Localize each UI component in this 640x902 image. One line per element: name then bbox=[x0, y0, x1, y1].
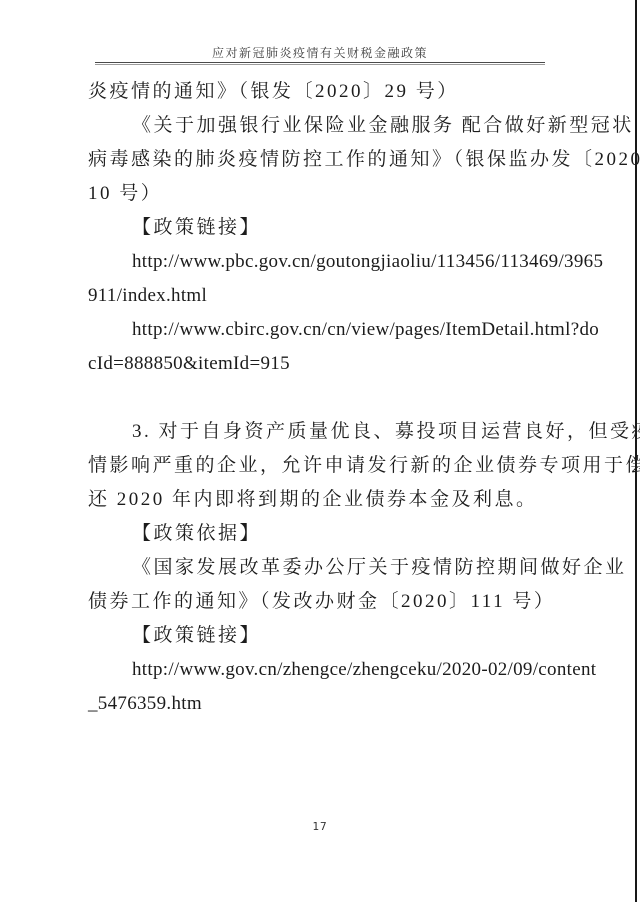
header-title: 应对新冠肺炎疫情有关财税金融政策 bbox=[0, 44, 640, 61]
text-line: 《国家发展改革委办公厅关于疫情防控期间做好企业 bbox=[88, 551, 553, 585]
url-line: 911/index.html bbox=[88, 279, 553, 313]
text-line: 10 号） bbox=[88, 177, 553, 211]
header-divider bbox=[95, 62, 545, 65]
url-line: _5476359.htm bbox=[88, 687, 553, 721]
text-line: 情影响严重的企业，允许申请发行新的企业债券专项用于偿 bbox=[88, 449, 553, 483]
paragraph-gap bbox=[88, 381, 553, 415]
url-line: http://www.gov.cn/zhengce/zhengceku/2020… bbox=[88, 653, 553, 687]
url-line: http://www.cbirc.gov.cn/cn/view/pages/It… bbox=[88, 313, 553, 347]
text-line: 还 2020 年内即将到期的企业债券本金及利息。 bbox=[88, 483, 553, 517]
text-line: 3. 对于自身资产质量优良、募投项目运营良好，但受疫 bbox=[88, 415, 553, 449]
text-line: 炎疫情的通知》（银发〔2020〕29 号） bbox=[88, 75, 553, 109]
policy-basis-heading: 【政策依据】 bbox=[88, 517, 553, 551]
document-body: 炎疫情的通知》（银发〔2020〕29 号） 《关于加强银行业保险业金融服务 配合… bbox=[88, 75, 553, 721]
policy-link-heading: 【政策链接】 bbox=[88, 619, 553, 653]
text-line: 债券工作的通知》（发改办财金〔2020〕111 号） bbox=[88, 585, 553, 619]
text-line: 《关于加强银行业保险业金融服务 配合做好新型冠状 bbox=[88, 109, 553, 143]
text-line: 病毒感染的肺炎疫情防控工作的通知》（银保监办发〔2020〕 bbox=[88, 143, 553, 177]
url-line: http://www.pbc.gov.cn/goutongjiaoliu/113… bbox=[88, 245, 553, 279]
page-right-edge-line bbox=[635, 0, 637, 902]
policy-link-heading: 【政策链接】 bbox=[88, 211, 553, 245]
document-page: 应对新冠肺炎疫情有关财税金融政策 炎疫情的通知》（银发〔2020〕29 号） 《… bbox=[0, 0, 640, 902]
page-number: 17 bbox=[0, 820, 640, 833]
url-line: cId=888850&itemId=915 bbox=[88, 347, 553, 381]
